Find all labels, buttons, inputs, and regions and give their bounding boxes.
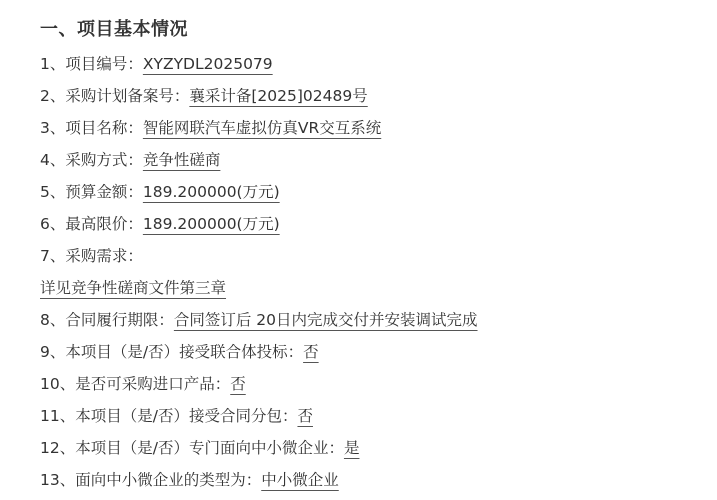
item-value: 详见竞争性磋商文件第三章 bbox=[40, 279, 226, 297]
item-project-number: 1、项目编号：XYZYDL2025079 bbox=[40, 48, 700, 80]
item-value: 否 bbox=[297, 407, 313, 425]
item-subcontracting: 11、本项目（是/否）接受合同分包：否 bbox=[40, 400, 700, 432]
item-value: 否 bbox=[230, 375, 246, 393]
item-budget-amount: 5、预算金额：189.200000(万元) bbox=[40, 176, 700, 208]
item-label: 10、是否可采购进口产品： bbox=[40, 375, 230, 393]
item-plan-record-number: 2、采购计划备案号：襄采计备[2025]02489号 bbox=[40, 80, 700, 112]
item-label: 5、预算金额： bbox=[40, 183, 143, 201]
item-label: 2、采购计划备案号： bbox=[40, 87, 189, 105]
item-value: 襄采计备[2025]02489号 bbox=[189, 87, 367, 105]
item-value: 中小微企业 bbox=[261, 471, 339, 489]
item-label: 7、采购需求： bbox=[40, 247, 143, 265]
item-contract-period: 8、合同履行期限：合同签订后 20日内完成交付并安装调试完成 bbox=[40, 304, 700, 336]
item-consortium-bidding: 9、本项目（是/否）接受联合体投标：否 bbox=[40, 336, 700, 368]
item-label: 6、最高限价： bbox=[40, 215, 143, 233]
item-label: 9、本项目（是/否）接受联合体投标： bbox=[40, 343, 303, 361]
item-value: 189.200000(万元) bbox=[143, 215, 280, 233]
item-value: 189.200000(万元) bbox=[143, 183, 280, 201]
item-procurement-requirement: 7、采购需求： bbox=[40, 240, 700, 272]
item-value: 否 bbox=[303, 343, 319, 361]
item-max-price: 6、最高限价：189.200000(万元) bbox=[40, 208, 700, 240]
item-label: 4、采购方式： bbox=[40, 151, 143, 169]
item-sme-dedicated: 12、本项目（是/否）专门面向中小微企业：是 bbox=[40, 432, 700, 464]
item-value: 是 bbox=[344, 439, 360, 457]
item-label: 13、面向中小微企业的类型为： bbox=[40, 471, 261, 489]
item-value: 竞争性磋商 bbox=[143, 151, 221, 169]
item-label: 12、本项目（是/否）专门面向中小微企业： bbox=[40, 439, 344, 457]
item-value: XYZYDL2025079 bbox=[143, 55, 273, 73]
item-value: 智能网联汽车虚拟仿真VR交互系统 bbox=[143, 119, 381, 137]
section-title: 一、项目基本情况 bbox=[40, 16, 700, 44]
item-procurement-requirement-detail: 详见竞争性磋商文件第三章 bbox=[40, 272, 700, 304]
item-project-name: 3、项目名称：智能网联汽车虚拟仿真VR交互系统 bbox=[40, 112, 700, 144]
project-basic-info-section: 一、项目基本情况 1、项目编号：XYZYDL2025079 2、采购计划备案号：… bbox=[40, 16, 700, 496]
item-label: 3、项目名称： bbox=[40, 119, 143, 137]
item-label: 8、合同履行期限： bbox=[40, 311, 174, 329]
item-imported-products: 10、是否可采购进口产品：否 bbox=[40, 368, 700, 400]
item-sme-type: 13、面向中小微企业的类型为：中小微企业 bbox=[40, 464, 700, 496]
item-label: 11、本项目（是/否）接受合同分包： bbox=[40, 407, 297, 425]
item-value: 合同签订后 20日内完成交付并安装调试完成 bbox=[174, 311, 478, 329]
item-label: 1、项目编号： bbox=[40, 55, 143, 73]
item-procurement-method: 4、采购方式：竞争性磋商 bbox=[40, 144, 700, 176]
